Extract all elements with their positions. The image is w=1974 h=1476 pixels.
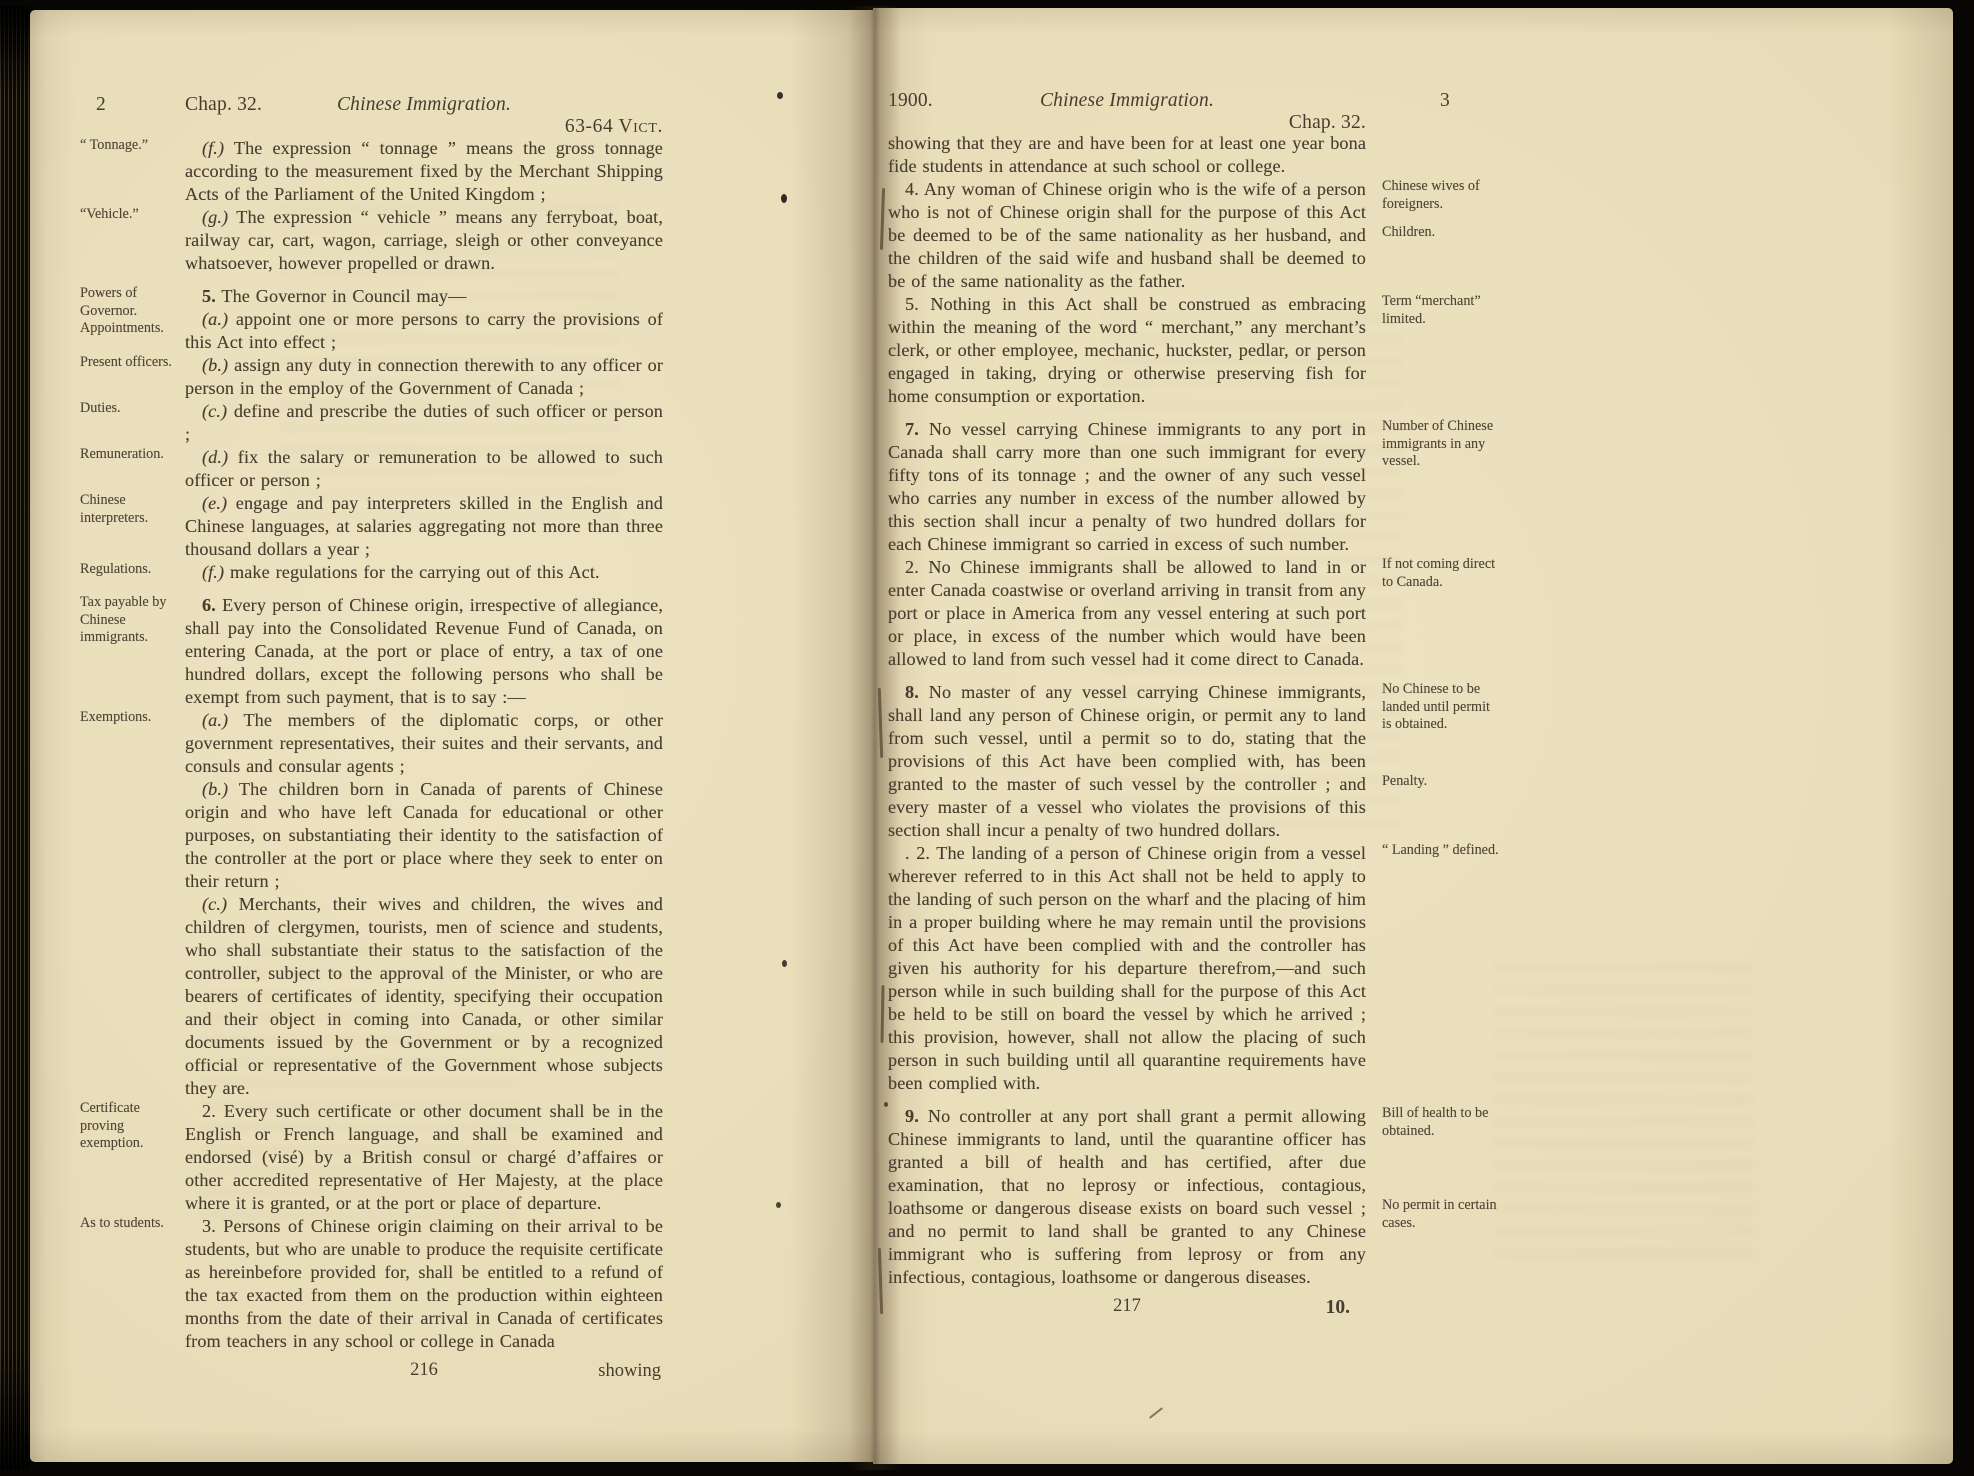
margin-note: Exemptions.: [80, 709, 175, 727]
running-title: Chinese Immigration.: [888, 90, 1366, 112]
right-page-content: showing that they are and have been for …: [888, 132, 1366, 1317]
paragraph-text: 4. Any woman of Chinese origin who is th…: [888, 178, 1366, 293]
left-page-footer: 216 showing: [185, 1360, 663, 1381]
paragraph-text: 8. No master of any vessel carrying Chin…: [888, 681, 1366, 842]
folio-number: 217: [1113, 1296, 1141, 1316]
paragraph-text: 7. No vessel carrying Chinese immigrants…: [888, 418, 1366, 556]
paragraph-text: (a.) The members of the diplomatic corps…: [185, 709, 663, 778]
paragraph-text: . 2. The landing of a person of Chinese …: [888, 842, 1366, 1095]
statute-paragraph: Regulations.(f.) make regulations for th…: [185, 561, 663, 584]
margin-note: No permit in certain cases.: [1382, 1197, 1502, 1232]
page-fore-edges: [0, 6, 30, 1470]
statute-paragraph: Term “merchant” limited.5. Nothing in th…: [888, 293, 1366, 408]
paragraph-lead: (d.): [202, 447, 228, 467]
paragraph-lead: (c.): [202, 401, 227, 421]
scan-speck: [884, 1102, 888, 1107]
paragraph-text: (a.) appoint one or more persons to carr…: [185, 308, 663, 354]
catchword: 10.: [1326, 1297, 1350, 1319]
margin-note: Term “merchant” limited.: [1382, 293, 1502, 328]
margin-note: Number of Chinese immigrants in any vess…: [1382, 418, 1502, 471]
running-header: Chap. 32. Chinese Immigration. 63-64 Vic…: [185, 94, 663, 116]
folio-number: 216: [410, 1360, 438, 1380]
margin-note: Penalty.: [1382, 773, 1502, 791]
paragraph-lead: 8.: [905, 682, 919, 702]
margin-note: Remunera­tion.: [80, 446, 175, 464]
margin-note: Certificate proving exemption.: [80, 1100, 175, 1153]
statute-paragraph: Present officers.(b.) assign any duty in…: [185, 354, 663, 400]
statute-year-label: 63-64 Vict.: [565, 116, 663, 138]
margin-note: No Chinese to be landed until permit is …: [1382, 681, 1502, 734]
paragraph-text: showing that they are and have been for …: [888, 132, 1366, 178]
paragraph-text: (b.) assign any duty in connection there…: [185, 354, 663, 400]
paragraph-text: 2. Every such certificate or other docum…: [185, 1100, 663, 1215]
paragraph-lead: (c.): [202, 894, 227, 914]
left-page: 2 Chap. 32. Chinese Immigration. 63-64 V…: [30, 10, 873, 1462]
statute-paragraph: “ Tonnage.”(f.) The expression “ tonnage…: [185, 137, 663, 206]
margin-note: Tax payable by Chinese immigrants.: [80, 594, 175, 647]
paragraph-text: 9. No controller at any port shall grant…: [888, 1105, 1366, 1289]
right-page-footer: 217 10.: [888, 1296, 1366, 1317]
margin-note: As to students.: [80, 1215, 175, 1233]
scan-speck: [781, 194, 787, 203]
page-number: 2: [80, 94, 185, 116]
show-through-texture: [1493, 958, 1753, 1258]
paragraph-lead: (e.): [202, 493, 227, 513]
paragraph-lead: (a.): [202, 710, 228, 730]
paragraph-text: (b.) The children born in Canada of pare…: [185, 778, 663, 893]
statute-paragraph: Tax payable by Chinese immigrants.6. Eve…: [185, 594, 663, 709]
paragraph-lead: 7.: [905, 419, 919, 439]
chapter-label: Chap. 32.: [1289, 112, 1366, 134]
statute-paragraph: If not coming direct to Canada.2. No Chi…: [888, 556, 1366, 671]
margin-note: Regulations.: [80, 561, 175, 579]
statute-paragraph: Chinese wives of foreigners.Children.4. …: [888, 178, 1366, 293]
statute-paragraph: Duties.(c.) define and prescribe the dut…: [185, 400, 663, 446]
statute-paragraph: Exemptions.(a.) The members of the diplo…: [185, 709, 663, 778]
margin-note: Chinese interpreters.: [80, 492, 175, 527]
paragraph-lead: 5.: [202, 286, 216, 306]
margin-note: Present officers.: [80, 354, 175, 372]
margin-note: Children.: [1382, 224, 1502, 242]
statute-paragraph: Certificate proving exemption.2. Every s…: [185, 1100, 663, 1215]
paragraph-text: (g.) The expression “ vehicle ” means an…: [185, 206, 663, 275]
statute-paragraph: Powers of Governor. Appoint­ments.5. The…: [185, 285, 663, 308]
scan-speck: [782, 960, 787, 967]
paragraph-text: (d.) fix the salary or remuneration to b…: [185, 446, 663, 492]
statute-paragraph: (b.) The children born in Canada of pare…: [185, 778, 663, 893]
statute-paragraph: “Vehicle.”(g.) The expression “ vehicle …: [185, 206, 663, 275]
paragraph-text: (c.) Merchants, their wives and children…: [185, 893, 663, 1100]
right-page-header: 1900. Chinese Immigration. Chap. 32. 3: [888, 90, 1366, 112]
paragraph-lead: (b.): [202, 355, 228, 375]
scan-speck: [776, 1202, 781, 1208]
paragraph-lead: (a.): [202, 309, 228, 329]
paragraph-lead: (f.): [202, 138, 224, 158]
paragraph-lead: (g.): [202, 207, 228, 227]
margin-note: Chinese wives of foreigners.: [1382, 178, 1502, 213]
paragraph-lead: (f.): [202, 562, 224, 582]
year-label: 1900.: [888, 90, 933, 112]
catchword: showing: [598, 1361, 661, 1382]
paragraph-lead: (b.): [202, 779, 228, 799]
running-header: 1900. Chinese Immigration. Chap. 32. 3: [888, 90, 1366, 112]
margin-note: Duties.: [80, 400, 175, 418]
paragraph-text: 3. Persons of Chinese origin claiming on…: [185, 1215, 663, 1353]
margin-note: Bill of health to be obtained.: [1382, 1105, 1502, 1140]
paragraph-text: (e.) engage and pay interpreters skilled…: [185, 492, 663, 561]
margin-note: If not coming direct to Canada.: [1382, 556, 1502, 591]
paragraphs: “ Tonnage.”(f.) The expression “ tonnage…: [185, 137, 663, 1353]
margin-note: “ Landing ” defined.: [1382, 842, 1502, 860]
book-scan: 2 Chap. 32. Chinese Immigration. 63-64 V…: [0, 0, 1974, 1476]
paragraph-text: (c.) define and prescribe the duties of …: [185, 400, 663, 446]
statute-paragraph: As to students.3. Persons of Chinese ori…: [185, 1215, 663, 1353]
paragraph-lead: 6.: [202, 595, 216, 615]
scan-speck: [777, 92, 783, 99]
paragraph-text: (f.) make regulations for the carrying o…: [185, 561, 663, 584]
left-page-header: 2 Chap. 32. Chinese Immigration. 63-64 V…: [80, 94, 663, 116]
statute-paragraph: Remunera­tion.(d.) fix the salary or rem…: [185, 446, 663, 492]
paragraph-text: 2. No Chinese immigrants shall be allowe…: [888, 556, 1366, 671]
page-number: 3: [1440, 90, 1450, 112]
statute-paragraph: Chinese interpreters.(e.) engage and pay…: [185, 492, 663, 561]
paragraph-text: 5. Nothing in this Act shall be construe…: [888, 293, 1366, 408]
paragraph-text: 6. Every person of Chinese origin, irres…: [185, 594, 663, 709]
paragraph-text: 5. The Governor in Council may—: [185, 285, 663, 308]
paragraph-lead: 9.: [905, 1106, 919, 1126]
right-page: 1900. Chinese Immigration. Chap. 32. 3 s…: [873, 8, 1953, 1464]
paragraphs: showing that they are and have been for …: [888, 132, 1366, 1289]
margin-note: “Vehicle.”: [80, 206, 175, 224]
statute-paragraph: (a.) appoint one or more persons to carr…: [185, 308, 663, 354]
statute-paragraph: (c.) Merchants, their wives and children…: [185, 893, 663, 1100]
statute-paragraph: No Chinese to be landed until permit is …: [888, 681, 1366, 842]
paragraph-text: (f.) The expression “ tonnage ” means th…: [185, 137, 663, 206]
left-page-content: “ Tonnage.”(f.) The expression “ tonnage…: [185, 137, 663, 1381]
margin-note: “ Tonnage.”: [80, 137, 175, 155]
chapter-label: Chap. 32.: [185, 94, 262, 116]
margin-note: Powers of Governor. Appoint­ments.: [80, 285, 175, 338]
statute-paragraph: Number of Chinese immigrants in any vess…: [888, 418, 1366, 556]
statute-paragraph: showing that they are and have been for …: [888, 132, 1366, 178]
statute-paragraph: “ Landing ” defined.. 2. The landing of …: [888, 842, 1366, 1095]
statute-paragraph: Bill of health to be obtained.No permit …: [888, 1105, 1366, 1289]
